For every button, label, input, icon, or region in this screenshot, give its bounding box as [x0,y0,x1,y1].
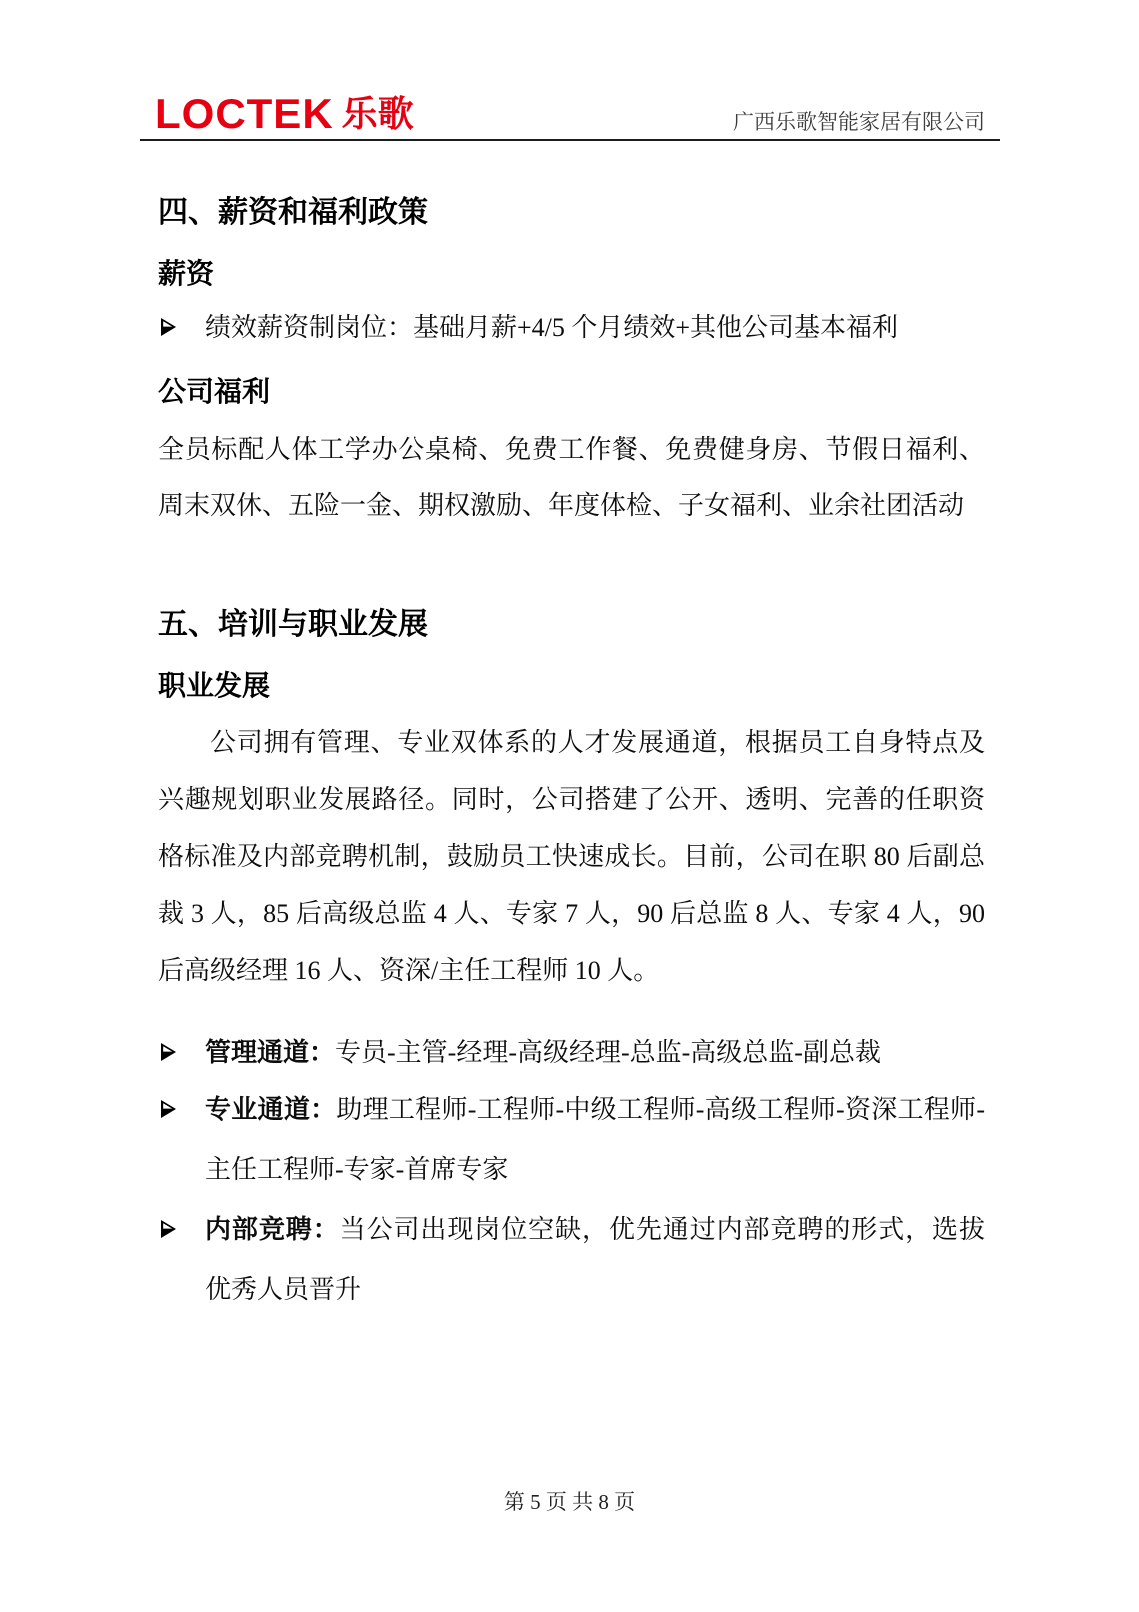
management-path-bullet: 管理通道：专员-主管-经理-高级经理-总监-高级总监-副总裁 [158,1023,985,1088]
professional-path-text: 专业通道：助理工程师-工程师-中级工程师-高级工程师-资深工程师-主任工程师-专… [205,1080,985,1200]
logo-text-cn: 乐歌 [342,92,414,136]
arrow-bullet-icon [158,1023,205,1088]
section5-subheading-career: 职业发展 [158,669,985,703]
management-path-label: 管理通道： [205,1038,335,1067]
management-path-value: 专员-主管-经理-高级经理-总监-高级总监-副总裁 [335,1038,881,1067]
professional-path-label: 专业通道： [205,1095,336,1124]
professional-path-bullet: 专业通道：助理工程师-工程师-中级工程师-高级工程师-资深工程师-主任工程师-专… [158,1080,985,1200]
career-paragraph: 公司拥有管理、专业双体系的人才发展通道，根据员工自身特点及兴趣规划职业发展路径。… [158,714,985,999]
management-path-text: 管理通道：专员-主管-经理-高级经理-总监-高级总监-副总裁 [205,1023,985,1088]
header-divider [140,139,1000,141]
company-logo: LOCTEK 乐歌 [155,92,414,136]
arrow-bullet-icon [158,1200,205,1320]
arrow-bullet-icon [158,1080,205,1200]
salary-bullet-item: 绩效薪资制岗位：基础月薪+4/5 个月绩效+其他公司基本福利 [158,308,985,353]
internal-recruitment-bullet: 内部竞聘：当公司出现岗位空缺，优先通过内部竞聘的形式，选拔优秀人员晋升 [158,1200,985,1320]
header-company-name: 广西乐歌智能家居有限公司 [733,106,985,136]
internal-recruitment-text: 内部竞聘：当公司出现岗位空缺，优先通过内部竞聘的形式，选拔优秀人员晋升 [205,1200,985,1320]
section4-subheading-welfare: 公司福利 [158,375,985,409]
section4-title: 四、薪资和福利政策 [158,195,985,231]
section4-subheading-salary: 薪资 [158,257,985,291]
welfare-paragraph: 全员标配人体工学办公桌椅、免费工作餐、免费健身房、节假日福利、周末双休、五险一金… [158,422,985,534]
section5-title: 五、培训与职业发展 [158,607,985,643]
internal-recruitment-label: 内部竞聘： [205,1215,340,1244]
salary-bullet-text: 绩效薪资制岗位：基础月薪+4/5 个月绩效+其他公司基本福利 [205,308,985,353]
arrow-bullet-icon [158,308,205,353]
logo-text-en: LOCTEK [155,92,334,136]
page-number: 第 5 页 共 8 页 [0,1486,1139,1516]
